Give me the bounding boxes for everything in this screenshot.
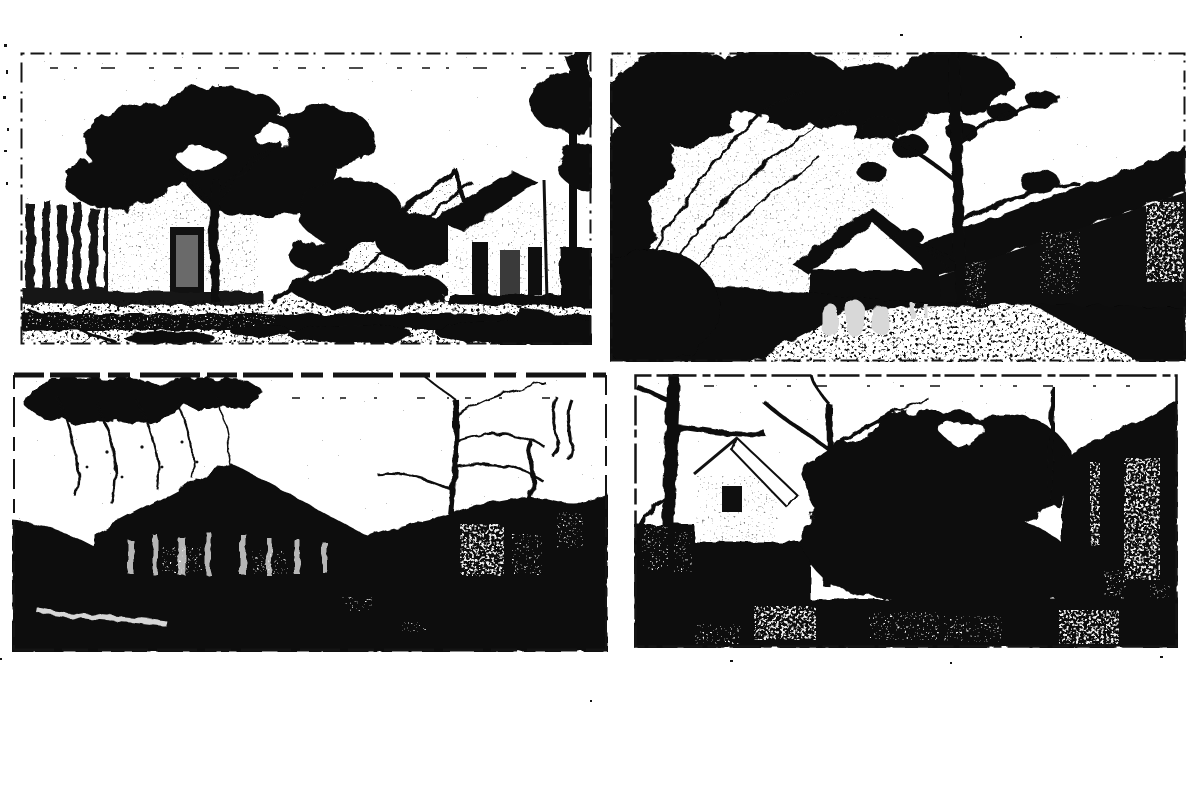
scanned-photo-page [0, 0, 1199, 800]
road-and-debris [22, 300, 592, 345]
photo-top-left [20, 52, 592, 345]
black-foreground [12, 575, 608, 652]
photo-bottom-left [12, 372, 608, 652]
photo-top-right [610, 52, 1186, 362]
photo-bottom-right [634, 374, 1178, 648]
window [722, 486, 742, 512]
